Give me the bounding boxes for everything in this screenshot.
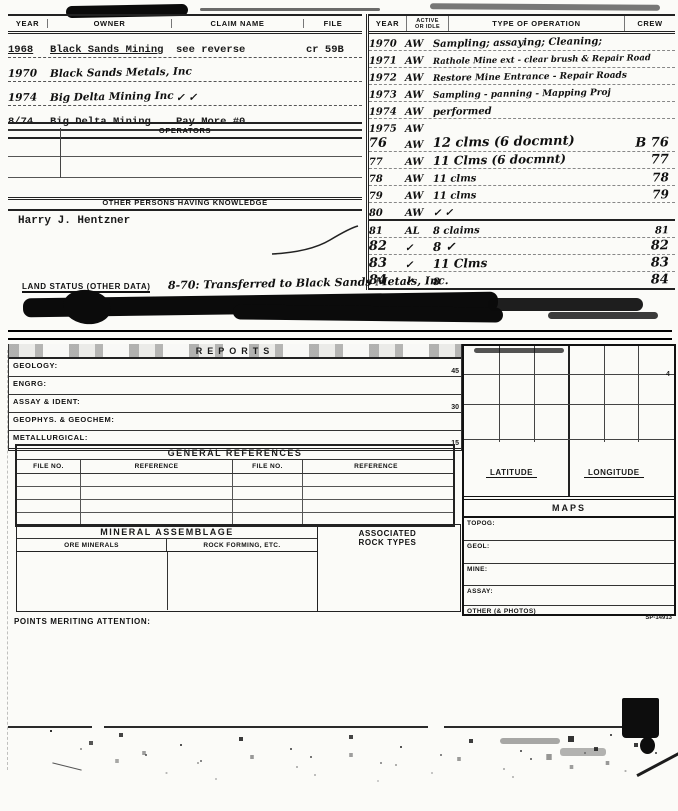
col-file: FILE	[304, 19, 362, 28]
year-cell: 1974	[8, 91, 50, 104]
land-status-entry: 8-70: Transferred to Black Sands Metals,…	[168, 274, 449, 292]
year-cell: 1974	[369, 106, 405, 118]
grid-center-divider	[568, 346, 570, 496]
owner-cell: Black Sands Metals, Inc	[50, 66, 176, 80]
status-cell: AW	[405, 124, 433, 135]
map-row: ASSAY:	[464, 586, 674, 606]
operation-cell: ✓ ✓	[433, 205, 623, 219]
rule-gap	[92, 724, 104, 729]
ownership-table: YEAR OWNER CLAIM NAME FILE 1968 Black Sa…	[8, 14, 362, 131]
table-row: 1974AWperformed	[369, 102, 675, 119]
grid-line	[499, 346, 500, 442]
operations-table: YEAR ACTIVE OR IDLE TYPE OF OPERATION CR…	[366, 14, 675, 290]
operation-cell: 8 ✓	[433, 237, 623, 254]
scan-smear	[500, 738, 560, 744]
claim-cell: see reverse	[176, 44, 306, 56]
year-cell: 77	[369, 156, 405, 168]
report-label: GEOLOGY:	[13, 361, 58, 370]
other-persons-title-bar: OTHER PERSONS HAVING KNOWLEDGE	[8, 196, 362, 211]
col-file-no: FILE NO.	[233, 460, 303, 473]
col-owner: OWNER	[48, 19, 172, 28]
year-cell: 1973	[369, 89, 405, 101]
year-cell: 79	[369, 190, 405, 202]
crew-cell	[623, 100, 675, 101]
map-row: TOPOG:	[464, 518, 674, 541]
table-row: 82✓8 ✓82	[369, 238, 675, 255]
ink-redaction-smear	[548, 312, 658, 319]
map-label: GEOL:	[467, 543, 490, 550]
map-row: MINE:	[464, 564, 674, 586]
table-row	[17, 474, 453, 487]
report-row: GEOLOGY:45	[9, 359, 461, 377]
operation-cell: Rathole Mine ext - clear brush & Repair …	[433, 54, 623, 67]
coordinate-grid: LATITUDE LONGITUDE	[464, 346, 674, 500]
grid-line	[464, 404, 674, 405]
file-cell	[306, 103, 362, 104]
map-label: TOPOG:	[467, 520, 495, 527]
ownership-header-row: YEAR OWNER CLAIM NAME FILE	[8, 14, 362, 34]
table-row: 77AW11 Clms (6 docmnt)77	[369, 152, 675, 169]
col-type-of-operation: TYPE OF OPERATION	[449, 16, 625, 31]
left-margin-rule	[7, 350, 8, 770]
table-row: 1968 Black Sands Mining see reverse cr 5…	[8, 34, 362, 58]
status-cell: AW	[405, 157, 433, 168]
year-cell: 1971	[369, 55, 405, 67]
speckle-noise	[80, 748, 82, 750]
year-cell: 1970	[369, 38, 405, 50]
status-cell: AW	[405, 39, 433, 50]
crew-cell: 81	[623, 225, 675, 237]
heavy-divider	[8, 330, 672, 340]
operation-cell: performed	[433, 104, 623, 118]
col-reference: REFERENCE	[303, 460, 449, 473]
operation-cell: 11 clms	[433, 188, 623, 202]
rule-gap	[428, 724, 444, 729]
speckle-noise	[50, 730, 52, 732]
grid-line	[464, 439, 674, 440]
status-cell: AW	[405, 191, 433, 202]
table-row: 1972AWRestore Mine Entrance - Repair Roa…	[369, 68, 675, 85]
crew-cell: B 76	[623, 135, 675, 151]
scratch-mark	[52, 762, 81, 770]
status-cell: ✓	[405, 260, 433, 271]
mineral-assemblage-subheader: ORE MINERALS ROCK FORMING, ETC.	[17, 539, 317, 552]
ink-redaction-smear	[488, 298, 643, 311]
table-row: 81AL8 claims81	[369, 221, 675, 238]
status-cell: AW	[405, 208, 433, 219]
empty-cell-divider	[17, 552, 168, 610]
coordinates-maps-panel: LATITUDE LONGITUDE MAPS TOPOG: GEOL: MIN…	[462, 344, 676, 616]
section-title: OTHER PERSONS HAVING KNOWLEDGE	[102, 198, 267, 207]
pen-flourish	[270, 222, 360, 258]
maps-title-bar: MAPS	[464, 500, 674, 518]
grid-line	[534, 346, 535, 442]
table-row: 78AW11 clms78	[369, 169, 675, 186]
status-cell: AW	[405, 73, 433, 84]
col-reference: REFERENCE	[81, 460, 233, 473]
crew-cell	[623, 83, 675, 84]
status-cell: AW	[405, 56, 433, 67]
general-references-header: FILE NO. REFERENCE FILE NO. REFERENCE	[17, 460, 453, 474]
mineral-assemblage-title: MINERAL ASSEMBLAGE	[17, 525, 317, 539]
general-references-table: GENERAL REFERENCES FILE NO. REFERENCE FI…	[15, 444, 455, 527]
table-row: 83✓11 Clms83	[369, 255, 675, 272]
crew-cell	[623, 117, 675, 118]
status-cell: ✓	[405, 243, 433, 254]
file-cell	[306, 79, 362, 80]
report-row: GEOPHYS. & GEOCHEM:	[9, 413, 461, 431]
status-cell: AW	[405, 90, 433, 101]
crew-cell: 77	[623, 152, 675, 168]
ink-redaction-smear	[233, 304, 503, 322]
table-row: 1970AWSampling; assaying; Cleaning;	[369, 34, 675, 51]
col-year: YEAR	[8, 19, 48, 28]
line-number: 30	[451, 404, 459, 411]
map-label: ASSAY:	[467, 588, 493, 595]
report-row: ENGRG:	[9, 377, 461, 395]
points-meriting-attention-label: POINTS MERITING ATTENTION:	[14, 617, 150, 626]
table-row: 1971AWRathole Mine ext - clear brush & R…	[369, 51, 675, 68]
section-title: MINERAL ASSEMBLAGE	[100, 527, 234, 537]
status-cell: AW	[405, 174, 433, 185]
general-references-title: GENERAL REFERENCES	[17, 446, 453, 460]
table-row: 1974 Big Delta Mining Inc ✓ ✓	[8, 82, 362, 106]
report-row: ASSAY & IDENT:30	[9, 395, 461, 413]
year-cell: 1972	[369, 72, 405, 84]
year-cell: 81	[369, 225, 405, 237]
owner-cell: Big Delta Mining Inc	[50, 90, 176, 104]
associated-rock-types-box: ASSOCIATED ROCK TYPES	[316, 524, 461, 612]
year-cell: 1970	[8, 67, 50, 80]
crew-cell: 79	[623, 187, 675, 202]
operation-cell: Sampling - panning - Mapping Proj	[433, 88, 623, 101]
col-crew: CREW	[625, 16, 675, 31]
line-number: 45	[451, 368, 459, 375]
reports-panel: REPORTS GEOLOGY:45 ENGRG: ASSAY & IDENT:…	[8, 344, 462, 451]
year-cell: 1968	[8, 44, 50, 56]
section-title: REPORTS	[196, 346, 275, 356]
grid-line	[638, 346, 639, 442]
year-cell: 1975	[369, 123, 405, 135]
section-title: GENERAL REFERENCES	[168, 448, 303, 458]
col-ore-minerals: ORE MINERALS	[17, 539, 167, 551]
crew-cell: 83	[623, 255, 675, 271]
scratch-mark	[636, 750, 678, 777]
table-row: 1975AW	[369, 119, 675, 135]
grid-line	[604, 346, 605, 442]
table-row: 80AW✓ ✓	[369, 203, 675, 221]
operation-cell: 11 clms	[433, 171, 623, 185]
operation-cell: 8 claims	[433, 223, 623, 237]
table-row: 76AW12 clms (6 docmnt)B 76	[369, 135, 675, 152]
crew-cell	[623, 218, 675, 219]
scan-smear	[430, 3, 660, 11]
report-label: ASSAY & IDENT:	[13, 397, 80, 406]
owner-cell: Black Sands Mining	[50, 44, 176, 56]
checkmarks-cell: ✓ ✓	[176, 90, 306, 104]
report-label: METALLURGICAL:	[13, 433, 88, 442]
form-number: SP-14913	[628, 615, 672, 621]
report-label: ENGRG:	[13, 379, 47, 388]
stray-rule	[60, 128, 62, 178]
crew-cell: 78	[623, 170, 675, 185]
col-file-no: FILE NO.	[17, 460, 81, 473]
section-title: OPERATORS	[159, 126, 211, 135]
col-rock-forming: ROCK FORMING, ETC.	[167, 539, 317, 551]
ink-drop	[640, 737, 655, 754]
scan-smear	[200, 8, 380, 11]
status-cell: AW	[405, 140, 433, 151]
operations-header-row: YEAR ACTIVE OR IDLE TYPE OF OPERATION CR…	[369, 14, 675, 34]
table-row: 1970 Black Sands Metals, Inc	[8, 58, 362, 82]
reports-title-bar: REPORTS	[9, 344, 461, 359]
col-year: YEAR	[369, 16, 407, 31]
col-active-or-idle: ACTIVE OR IDLE	[407, 16, 449, 31]
crew-cell: 82	[623, 238, 675, 254]
claim-cell	[176, 78, 306, 80]
crew-cell	[623, 49, 675, 50]
table-row: 79AW11 clms79	[369, 186, 675, 203]
ink-block	[622, 698, 659, 738]
grid-line	[464, 374, 674, 375]
map-label: OTHER (& PHOTOS)	[467, 608, 536, 615]
longitude-label: LONGITUDE	[584, 468, 644, 478]
col-claim-name: CLAIM NAME	[172, 19, 304, 28]
year-cell: 83	[369, 255, 405, 271]
operation-cell: 12 clms (6 docmnt)	[433, 133, 623, 151]
crew-cell	[623, 66, 675, 67]
table-row: 1973AWSampling - panning - Mapping Proj	[369, 85, 675, 102]
stray-margin-mark: 4	[666, 371, 670, 378]
file-cell: cr 59B	[306, 44, 362, 56]
bottom-rule	[8, 726, 658, 728]
year-cell: 80	[369, 207, 405, 219]
latitude-label: LATITUDE	[486, 468, 537, 478]
year-cell: 76	[369, 135, 405, 151]
status-cell: AW	[405, 107, 433, 118]
status-cell: AL	[405, 226, 433, 237]
year-cell: 78	[369, 173, 405, 185]
operation-cell: 11 Clms	[433, 254, 623, 271]
land-status-section: LAND STATUS (OTHER DATA) 8-70: Transferr…	[8, 278, 672, 340]
table-row	[17, 500, 453, 513]
section-title: MAPS	[552, 503, 586, 513]
table-row	[17, 487, 453, 500]
report-label: GEOPHYS. & GEOCHEM:	[13, 415, 114, 424]
operation-cell: Restore Mine Entrance - Repair Roads	[433, 71, 623, 84]
section-title: ASSOCIATED ROCK TYPES	[316, 525, 460, 547]
operation-cell: Sampling; assaying; Cleaning;	[433, 36, 623, 50]
map-label: MINE:	[467, 566, 487, 573]
scan-smear	[560, 748, 606, 756]
mineral-assemblage-box: MINERAL ASSEMBLAGE ORE MINERALS ROCK FOR…	[16, 524, 318, 612]
operation-cell: 11 Clms (6 docmnt)	[433, 151, 623, 168]
scanned-mining-record-card: YEAR OWNER CLAIM NAME FILE 1968 Black Sa…	[0, 0, 678, 811]
year-cell: 82	[369, 238, 405, 254]
scan-smear	[474, 348, 564, 353]
map-row: GEOL:	[464, 541, 674, 564]
